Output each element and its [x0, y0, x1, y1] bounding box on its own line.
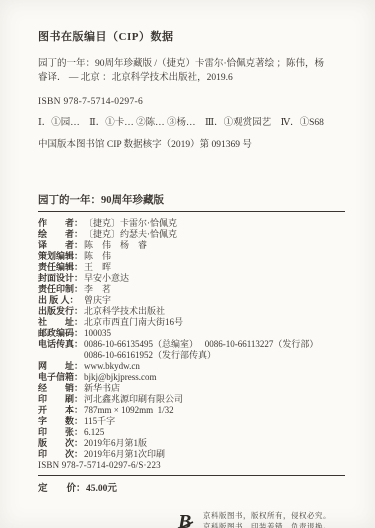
field-value: www.bkydw.cn: [84, 361, 140, 371]
field-value: 新华书店: [84, 383, 120, 393]
footer: B 京科版图书，版权所有，侵权必究。 京科版图书，印装差错，负责退换。: [38, 509, 345, 528]
field-value: 0086-10-66135495（总编室） 0086-10-66113227（发…: [84, 339, 318, 349]
row-executive-editor: 责任编辑：王 晖: [38, 262, 345, 273]
price-label: 定 价：: [38, 483, 86, 495]
field-value: 李 茗: [84, 284, 111, 294]
cip-registration: 中国版本图书馆 CIP 数据核字（2019）第 091369 号: [38, 139, 345, 151]
field-label: 出版发行：: [38, 306, 84, 317]
bjkj-press-logo-icon: B: [173, 509, 197, 528]
field-value: 曾庆宇: [84, 295, 111, 305]
field-label: 字 数：: [38, 416, 84, 427]
row-format: 开 本：787mm × 1092mm 1/32: [38, 405, 345, 416]
field-value: 河北鑫兆源印刷有限公司: [84, 394, 183, 404]
field-value: 0086-10-66161952（发行部传真）: [84, 350, 216, 360]
row-phone-fax-cont: 0086-10-66161952（发行部传真）: [38, 350, 345, 361]
copyright-notice-line2: 京科版图书，印装差错，负责退换。: [203, 521, 331, 528]
copyright-notice-line1: 京科版图书，版权所有，侵权必究。: [203, 510, 331, 521]
isbn-line: ISBN 978-7-5714-0297-6/S·223: [38, 460, 345, 471]
row-planning-editor: 策划编辑：陈 伟: [38, 251, 345, 262]
price-divider: [38, 475, 345, 476]
row-edition: 版 次：2019年6月第1版: [38, 438, 345, 449]
row-address: 社 址：北京市西直门南大街16号: [38, 317, 345, 328]
field-value: 陈 伟: [84, 251, 111, 261]
row-postal-code: 邮政编码：100035: [38, 328, 345, 339]
row-email: 电子信箱：bjkj@bjkjpress.com: [38, 372, 345, 383]
field-value: 100035: [84, 328, 111, 338]
row-sheets: 印 张：6.125: [38, 427, 345, 438]
row-impression: 印 次：2019年6月第1次印刷: [38, 449, 345, 460]
cip-isbn: ISBN 978-7-5714-0297-6: [38, 96, 345, 108]
row-publisher-person: 出 版 人：曾庆宇: [38, 295, 345, 306]
field-value: 早安小意达: [84, 273, 129, 283]
field-label: 经 销：: [38, 383, 84, 394]
field-label: 作 者：: [38, 218, 84, 229]
field-label: 印 次：: [38, 449, 84, 460]
field-label: 电话传真：: [38, 339, 84, 350]
field-label: 责任印制：: [38, 284, 84, 295]
field-value: 787mm × 1092mm 1/32: [84, 405, 174, 415]
field-value: 〔捷克〕卡雷尔·恰佩克: [84, 218, 177, 228]
copyright-notices: 京科版图书，版权所有，侵权必究。 京科版图书，印装差错，负责退换。: [203, 510, 331, 528]
field-label: 印 刷：: [38, 394, 84, 405]
field-value: 王 晖: [84, 262, 111, 272]
row-phone-fax: 电话传真：0086-10-66135495（总编室） 0086-10-66113…: [38, 339, 345, 350]
row-website: 网 址：www.bkydw.cn: [38, 361, 345, 372]
field-label: 电子信箱：: [38, 372, 84, 383]
cip-classification: Ⅰ．①园… Ⅱ．①卡… ②陈… ③杨… Ⅲ．①观赏园艺 Ⅳ．①S68: [38, 117, 345, 129]
row-printer: 印 刷：河北鑫兆源印刷有限公司: [38, 394, 345, 405]
field-label: 绘 者：: [38, 229, 84, 240]
field-label: 社 址：: [38, 317, 84, 328]
row-print-supervisor: 责任印制：李 茗: [38, 284, 345, 295]
row-publishing-house: 出版发行：北京科学技术出版社: [38, 306, 345, 317]
price-value: 45.00元: [86, 484, 117, 494]
field-label: 开 本：: [38, 405, 84, 416]
cip-header: 图书在版编目（CIP）数据: [38, 28, 345, 44]
field-label: 出 版 人：: [38, 295, 84, 306]
field-label: 译 者：: [38, 240, 84, 251]
row-word-count: 字 数：115千字: [38, 416, 345, 427]
field-label: 印 张：: [38, 427, 84, 438]
price-row: 定 价：45.00元: [38, 483, 345, 495]
copyright-page: 图书在版编目（CIP）数据 园丁的一年：90周年珍藏版 /（捷克）卡雷尔·恰佩克…: [0, 0, 375, 528]
row-distributor: 经 销：新华书店: [38, 383, 345, 394]
field-label: 封面设计：: [38, 273, 84, 284]
field-value: 2019年6月第1版: [84, 438, 147, 448]
field-label: 网 址：: [38, 361, 84, 372]
cip-description: 园丁的一年：90周年珍藏版 /（捷克）卡雷尔·恰佩克著绘 ；陈伟，杨 睿译． —…: [38, 57, 345, 85]
field-label: 责任编辑：: [38, 262, 84, 273]
cip-description-line1: 园丁的一年：90周年珍藏版 /（捷克）卡雷尔·恰佩克著绘 ；陈伟，杨: [38, 57, 345, 71]
field-value: bjkj@bjkjpress.com: [84, 372, 157, 382]
field-label: 版 次：: [38, 438, 84, 449]
field-label: 策划编辑：: [38, 251, 84, 262]
colophon-rows: 作 者：〔捷克〕卡雷尔·恰佩克 绘 者：〔捷克〕约瑟夫·恰佩克 译 者：陈 伟 …: [38, 218, 345, 471]
colophon-section: 园丁的一年：90周年珍藏版 作 者：〔捷克〕卡雷尔·恰佩克 绘 者：〔捷克〕约瑟…: [38, 192, 345, 495]
row-author: 作 者：〔捷克〕卡雷尔·恰佩克: [38, 218, 345, 229]
row-illustrator: 绘 者：〔捷克〕约瑟夫·恰佩克: [38, 229, 345, 240]
field-value: 北京科学技术出版社: [84, 306, 165, 316]
field-label: 邮政编码：: [38, 328, 84, 339]
field-value: 6.125: [84, 427, 104, 437]
field-value: 陈 伟 杨 睿: [84, 240, 147, 250]
field-value: 〔捷克〕约瑟夫·恰佩克: [84, 229, 177, 239]
book-title: 园丁的一年：90周年珍藏版: [38, 192, 345, 212]
field-value: 115千字: [84, 416, 115, 426]
row-translator: 译 者：陈 伟 杨 睿: [38, 240, 345, 251]
row-cover-design: 封面设计：早安小意达: [38, 273, 345, 284]
field-value: 北京市西直门南大街16号: [84, 317, 183, 327]
field-value: 2019年6月第1次印刷: [84, 449, 165, 459]
cip-section: 图书在版编目（CIP）数据 园丁的一年：90周年珍藏版 /（捷克）卡雷尔·恰佩克…: [38, 28, 345, 151]
cip-description-line2: 睿译． — 北京 ：北京科学技术出版社，2019.6: [38, 71, 345, 85]
